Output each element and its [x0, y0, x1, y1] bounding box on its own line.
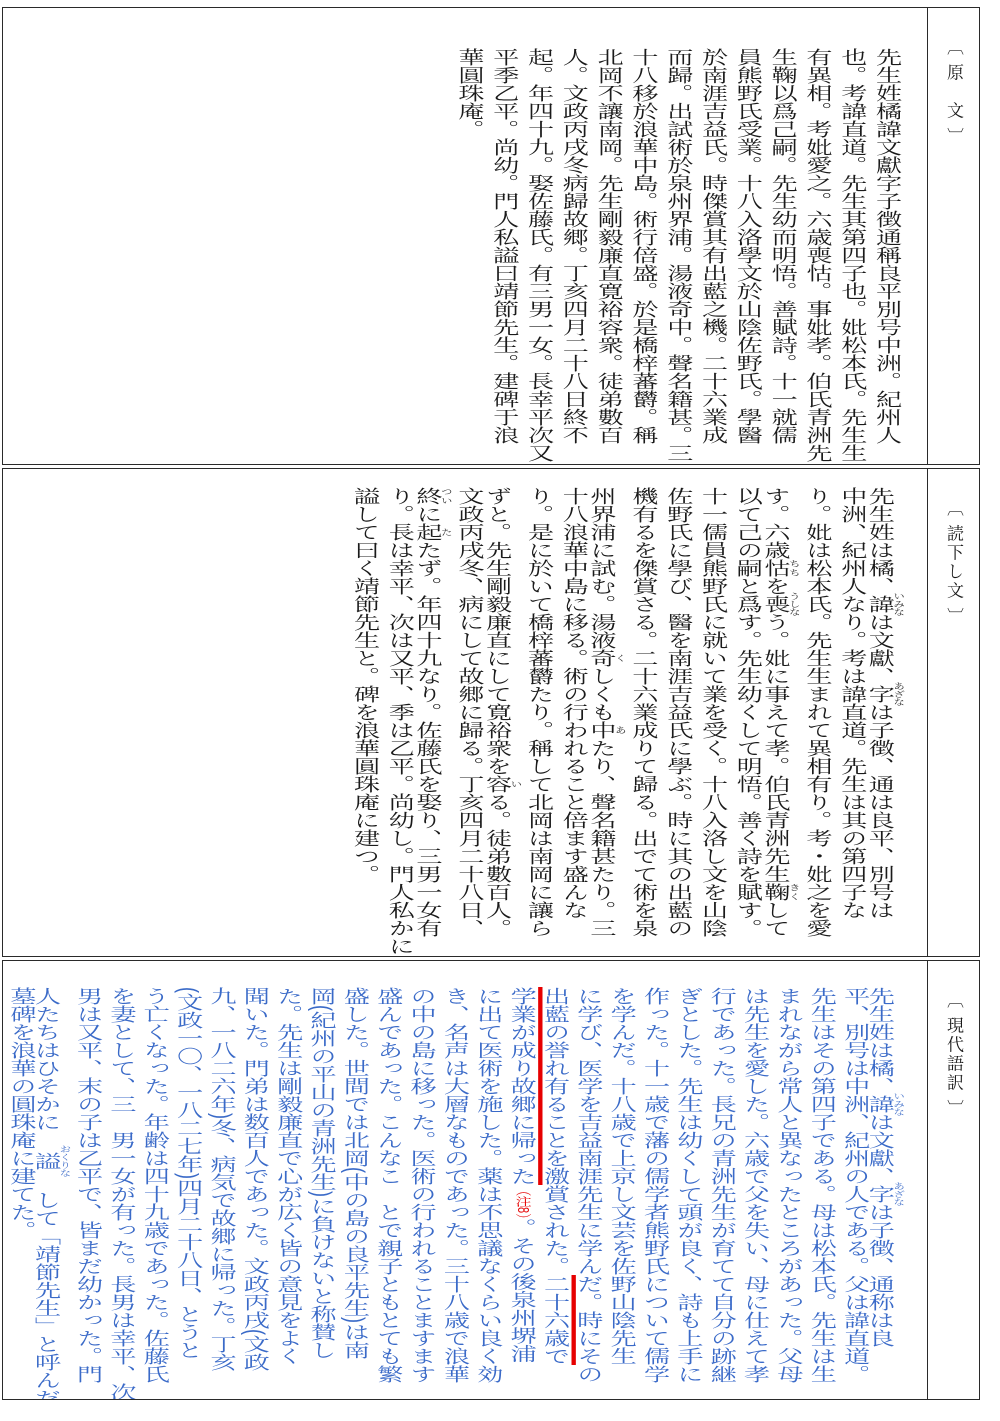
text-column: 以て己の嗣と爲す。先生幼くして明悟。善く詩を賦す。 [731, 487, 766, 952]
text-column: 先生姓は橘、諱いみなは文獻、字あざなは子徴、通は良平、別号は [870, 487, 905, 952]
text-column: は先生を愛した。六歳で父を失い、母に仕えて孝 [738, 987, 771, 1395]
text-column: き、名声は大層なものであった。三十八歳で浪華 [438, 987, 471, 1395]
text-column: まれながら常人と異なったところがあった。父母 [772, 987, 805, 1395]
text-column: 岡(紀州の平山の青洲先生)に負けないと称賛し [305, 987, 338, 1395]
translation-text-area: 先生姓は橘、諱いみなは文獻、字あざなは子徴、通称は良平、別号は中洲、紀州の人であ… [3, 961, 927, 1399]
text-column: 十一儒員熊野氏に就いて業を受く。十八入洛し文を山陰 [696, 487, 731, 952]
text-column: ぎとした。先生は幼くして頭が良く、詩も上手に [672, 987, 705, 1395]
text-column: (文政一〇、一八二七年)四月二十八日、とうと [171, 987, 204, 1395]
text-column: 作った。十一歳で藩の儒学者熊野氏について儒学 [638, 987, 671, 1395]
note-reference: （注8） [513, 1185, 530, 1219]
red-sideline: 二十六歳で [541, 1275, 576, 1365]
original-vertical-text: 先生姓橘諱文獻字子徴通稱良平別号中洲。紀州人也。考諱直道。先生其第四子也。妣松本… [3, 48, 905, 460]
panel-modern-translation: 先生姓は橘、諱いみなは文獻、字あざなは子徴、通称は良平、別号は中洲、紀州の人であ… [2, 960, 980, 1400]
text-column: 北岡不讓南岡。先生剛毅廉直寛裕容衆。徒弟數百 [592, 48, 627, 460]
text-column: 文政丙戌冬、病にして故郷に歸る。丁亥四月二十八日、 [453, 487, 488, 952]
text-column: 盛んであった。こんなこ とで親子ともとても繁 [371, 987, 404, 1395]
text-column: 終ついに起たたず。年四十九なり。佐藤氏を娶り、三男一女有 [418, 487, 453, 952]
red-sideline: 学業が成り故郷に帰った [508, 987, 543, 1185]
text-column: り。妣は松本氏。先生生まれて異相有り。考・妣之を愛 [801, 487, 836, 952]
text-column: 平季乙平。尚幼。門人私謚曰靖節先生。建碑于浪 [487, 48, 522, 460]
text-column: 有異相。考妣愛之。六歳喪怙。事妣孝。伯氏青洲先 [801, 48, 836, 460]
document-sheet: 先生姓橘諱文獻字子徴通稱良平別号中洲。紀州人也。考諱直道。先生其第四子也。妣松本… [2, 7, 980, 1400]
text-column: 機有るを傑賞さる。二十六業成りて歸る。出でて術を泉 [627, 487, 662, 952]
panel-original-text: 先生姓橘諱文獻字子徴通稱良平別号中洲。紀州人也。考諱直道。先生其第四子也。妣松本… [2, 7, 980, 465]
text-column: の中の島に移った。医術の行われることますます [405, 987, 438, 1395]
text-column: り。是に於いて橋梓蕃欝たり。稱して北岡は南岡に讓ら [522, 487, 557, 952]
text-column: 佐野氏に學び、醫を南涯吉益氏に學ぶ。時に其の出藍の [661, 487, 696, 952]
text-column: に出て医術を施した。薬は不思議なくらい良く効 [471, 987, 504, 1395]
text-column: 盛した。世間では北岡(中の島の良平先生)は南 [338, 987, 371, 1395]
section-label-original: 〔 原 文 〕 [941, 38, 966, 146]
text-column: を妻として、三 男一女が有った。長男は幸平、次 [105, 987, 138, 1395]
original-label-cell: 〔 原 文 〕 [927, 8, 979, 464]
text-column: す。六歳怙ちちを喪うしなう。妣に事えて孝。伯氏青洲先生鞠きくして [766, 487, 801, 952]
reading-label-cell: 〔 読下し文 〕 [927, 469, 979, 956]
text-column: 中洲、紀州人なり。考は諱直道。先生は其の第四子な [835, 487, 870, 952]
text-column: う亡くなった。年齢は四十九歳であった。佐藤氏 [138, 987, 171, 1395]
text-column: 人たちはひそかに 謚おくりな して「靖節先生」と呼んだ。 [38, 987, 71, 1395]
text-column: 十八浪華中島に移る。術の行われること倍ます盛んな [557, 487, 592, 952]
text-column: 聞いた。門弟は数百人であった。文政丙戌(文政 [238, 987, 271, 1395]
text-column: 員熊野氏受業。十八入洛學文於山陰佐野氏。學醫 [731, 48, 766, 460]
panel-reading-text: 先生姓は橘、諱いみなは文獻、字あざなは子徴、通は良平、別号は中洲、紀州人なり。考… [2, 468, 980, 957]
text-column: 州界浦に試む。湯液奇くしくも中あたり、聲名籍甚たり。三 [592, 487, 627, 952]
text-column: を学んだ。十八歳で上京し文芸を佐野山陰先生 [605, 987, 638, 1395]
text-column: 学業が成り故郷に帰った（注8）。その後泉州堺浦 [505, 987, 538, 1395]
text-column: り。長は幸平、次は又平、季は乙平。尚幼し。門人私かに [383, 487, 418, 952]
original-text-area: 先生姓橘諱文獻字子徴通稱良平別号中洲。紀州人也。考諱直道。先生其第四子也。妣松本… [3, 8, 927, 464]
translation-label-cell: 〔 現代語訳 〕 [927, 961, 979, 1399]
text-column: 也。考諱直道。先生其第四子也。妣松本氏。先生生 [835, 48, 870, 460]
text-column: た。先生は剛毅廉直で心が広く皆の意見をよく [271, 987, 304, 1395]
text-column: 行であった。長兄の青洲先生が育てて自分の跡継 [705, 987, 738, 1395]
section-label-translation: 〔 現代語訳 〕 [941, 991, 966, 1118]
text-column: 華圓珠庵。 [453, 48, 488, 460]
text-column: 人。文政丙戌冬病歸故郷。丁亥四月二十八日終不 [557, 48, 592, 460]
text-column: 於南涯吉益氏。時傑賞其有出藍之機。二十六業成 [696, 48, 731, 460]
text-column: 十八移於浪華中島。術行倍盛。於是橋梓蕃欝。稱 [627, 48, 662, 460]
text-column: 生鞠以爲己嗣。先生幼而明悟。善賦詩。十一就儒 [766, 48, 801, 460]
text-column: 謚して曰く靖節先生と。碑を浪華圓珠庵に建つ。 [348, 487, 383, 952]
text-column: 出藍の誉れ有ることを激賞された。二十六歳で [538, 987, 571, 1395]
reading-text-area: 先生姓は橘、諱いみなは文獻、字あざなは子徴、通は良平、別号は中洲、紀州人なり。考… [3, 469, 927, 956]
section-label-reading: 〔 読下し文 〕 [941, 499, 966, 626]
text-column: に学び、医学を吉益南涯先生に学んだ。時にその [571, 987, 604, 1395]
text-column: 先生姓橘諱文獻字子徴通稱良平別号中洲。紀州人 [870, 48, 905, 460]
reading-vertical-text: 先生姓は橘、諱いみなは文獻、字あざなは子徴、通は良平、別号は中洲、紀州人なり。考… [3, 487, 905, 952]
text-column: 男は又平、末の子は乙平で、皆まだ幼かった。門 [71, 987, 104, 1395]
text-column: 而歸。出試術於泉州界浦。湯液奇中。聲名籍甚。三 [661, 48, 696, 460]
text-column: 先生はその第四子である。母は松本氏。先生は生 [805, 987, 838, 1395]
text-column: 九、一八二六年)冬、病気で故郷に帰った。丁亥 [205, 987, 238, 1395]
translation-vertical-text: 先生姓は橘、諱いみなは文獻、字あざなは子徴、通称は良平、別号は中洲、紀州の人であ… [3, 987, 905, 1395]
text-column: 先生姓は橘、諱いみなは文獻、字あざなは子徴、通称は良 [872, 987, 905, 1395]
text-column: ずと。先生剛毅廉直にして寛裕衆を容いる。徒弟數百人。 [487, 487, 522, 952]
text-column: 平、別号は中洲、紀州の人である。父は諱直道。 [838, 987, 871, 1395]
text-column: 起。年四十九。娶佐藤氏。有三男一女。長幸平次又 [522, 48, 557, 460]
